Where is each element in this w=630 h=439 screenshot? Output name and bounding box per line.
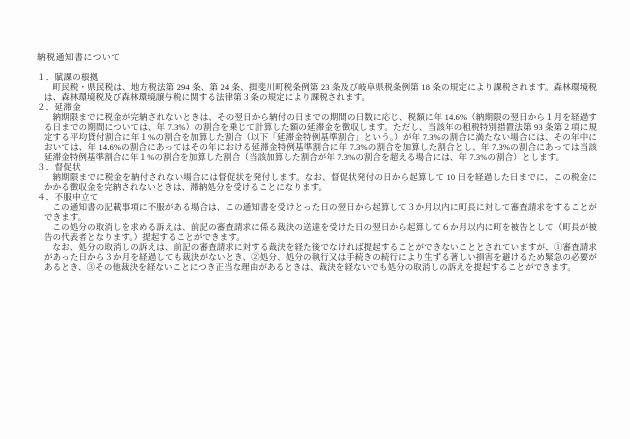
- paragraph-taxation-basis: 町民税・県民税は、地方税法第 294 条、第 24 条、揖斐川町税条例第 23 …: [44, 82, 597, 102]
- document-title: 納税通知書について: [37, 52, 597, 62]
- paragraph-appeal-exceptions: なお、処分の取消しの訴えは、前記の審査請求に対する裁決を経た後でなければ提起する…: [44, 242, 597, 272]
- section-late-payment-penalty: ２．延滞金 納期限までに税金が完納されないときは、その翌日から納付の日までの期間…: [37, 102, 597, 162]
- section-heading-appeal: ４．不服申立て: [37, 192, 597, 202]
- document-page: 納税通知書について １．賦課の根拠 町民税・県民税は、地方税法第 294 条、第…: [0, 0, 630, 439]
- paragraph-appeal-revocation-suit: この処分の取消しを求める訴えは、前記の審査請求に係る裁決の送達を受けた日の翌日か…: [44, 222, 597, 242]
- section-demand-letter: ３．督促状 納期限までに税金を納付されない場合には督促状を発付します。なお、督促…: [37, 162, 597, 192]
- paragraph-late-payment-penalty: 納期限までに税金が完納されないときは、その翌日から納付の日までの期間の日数に応じ…: [44, 112, 597, 162]
- paragraph-demand-letter: 納期限までに税金を納付されない場合には督促状を発付します。なお、督促状発付の日か…: [44, 172, 597, 192]
- paragraph-appeal-review-request: この通知書の記載事項に不服がある場合は、この通知書を受けとった日の翌日から起算し…: [44, 202, 597, 222]
- section-taxation-basis: １．賦課の根拠 町民税・県民税は、地方税法第 294 条、第 24 条、揖斐川町…: [37, 72, 597, 102]
- section-appeal: ４．不服申立て この通知書の記載事項に不服がある場合は、この通知書を受けとった日…: [37, 192, 597, 272]
- section-heading-demand-letter: ３．督促状: [37, 162, 597, 172]
- document-content: 納税通知書について １．賦課の根拠 町民税・県民税は、地方税法第 294 条、第…: [0, 0, 630, 272]
- section-heading-late-payment-penalty: ２．延滞金: [37, 102, 597, 112]
- section-heading-taxation-basis: １．賦課の根拠: [37, 72, 597, 82]
